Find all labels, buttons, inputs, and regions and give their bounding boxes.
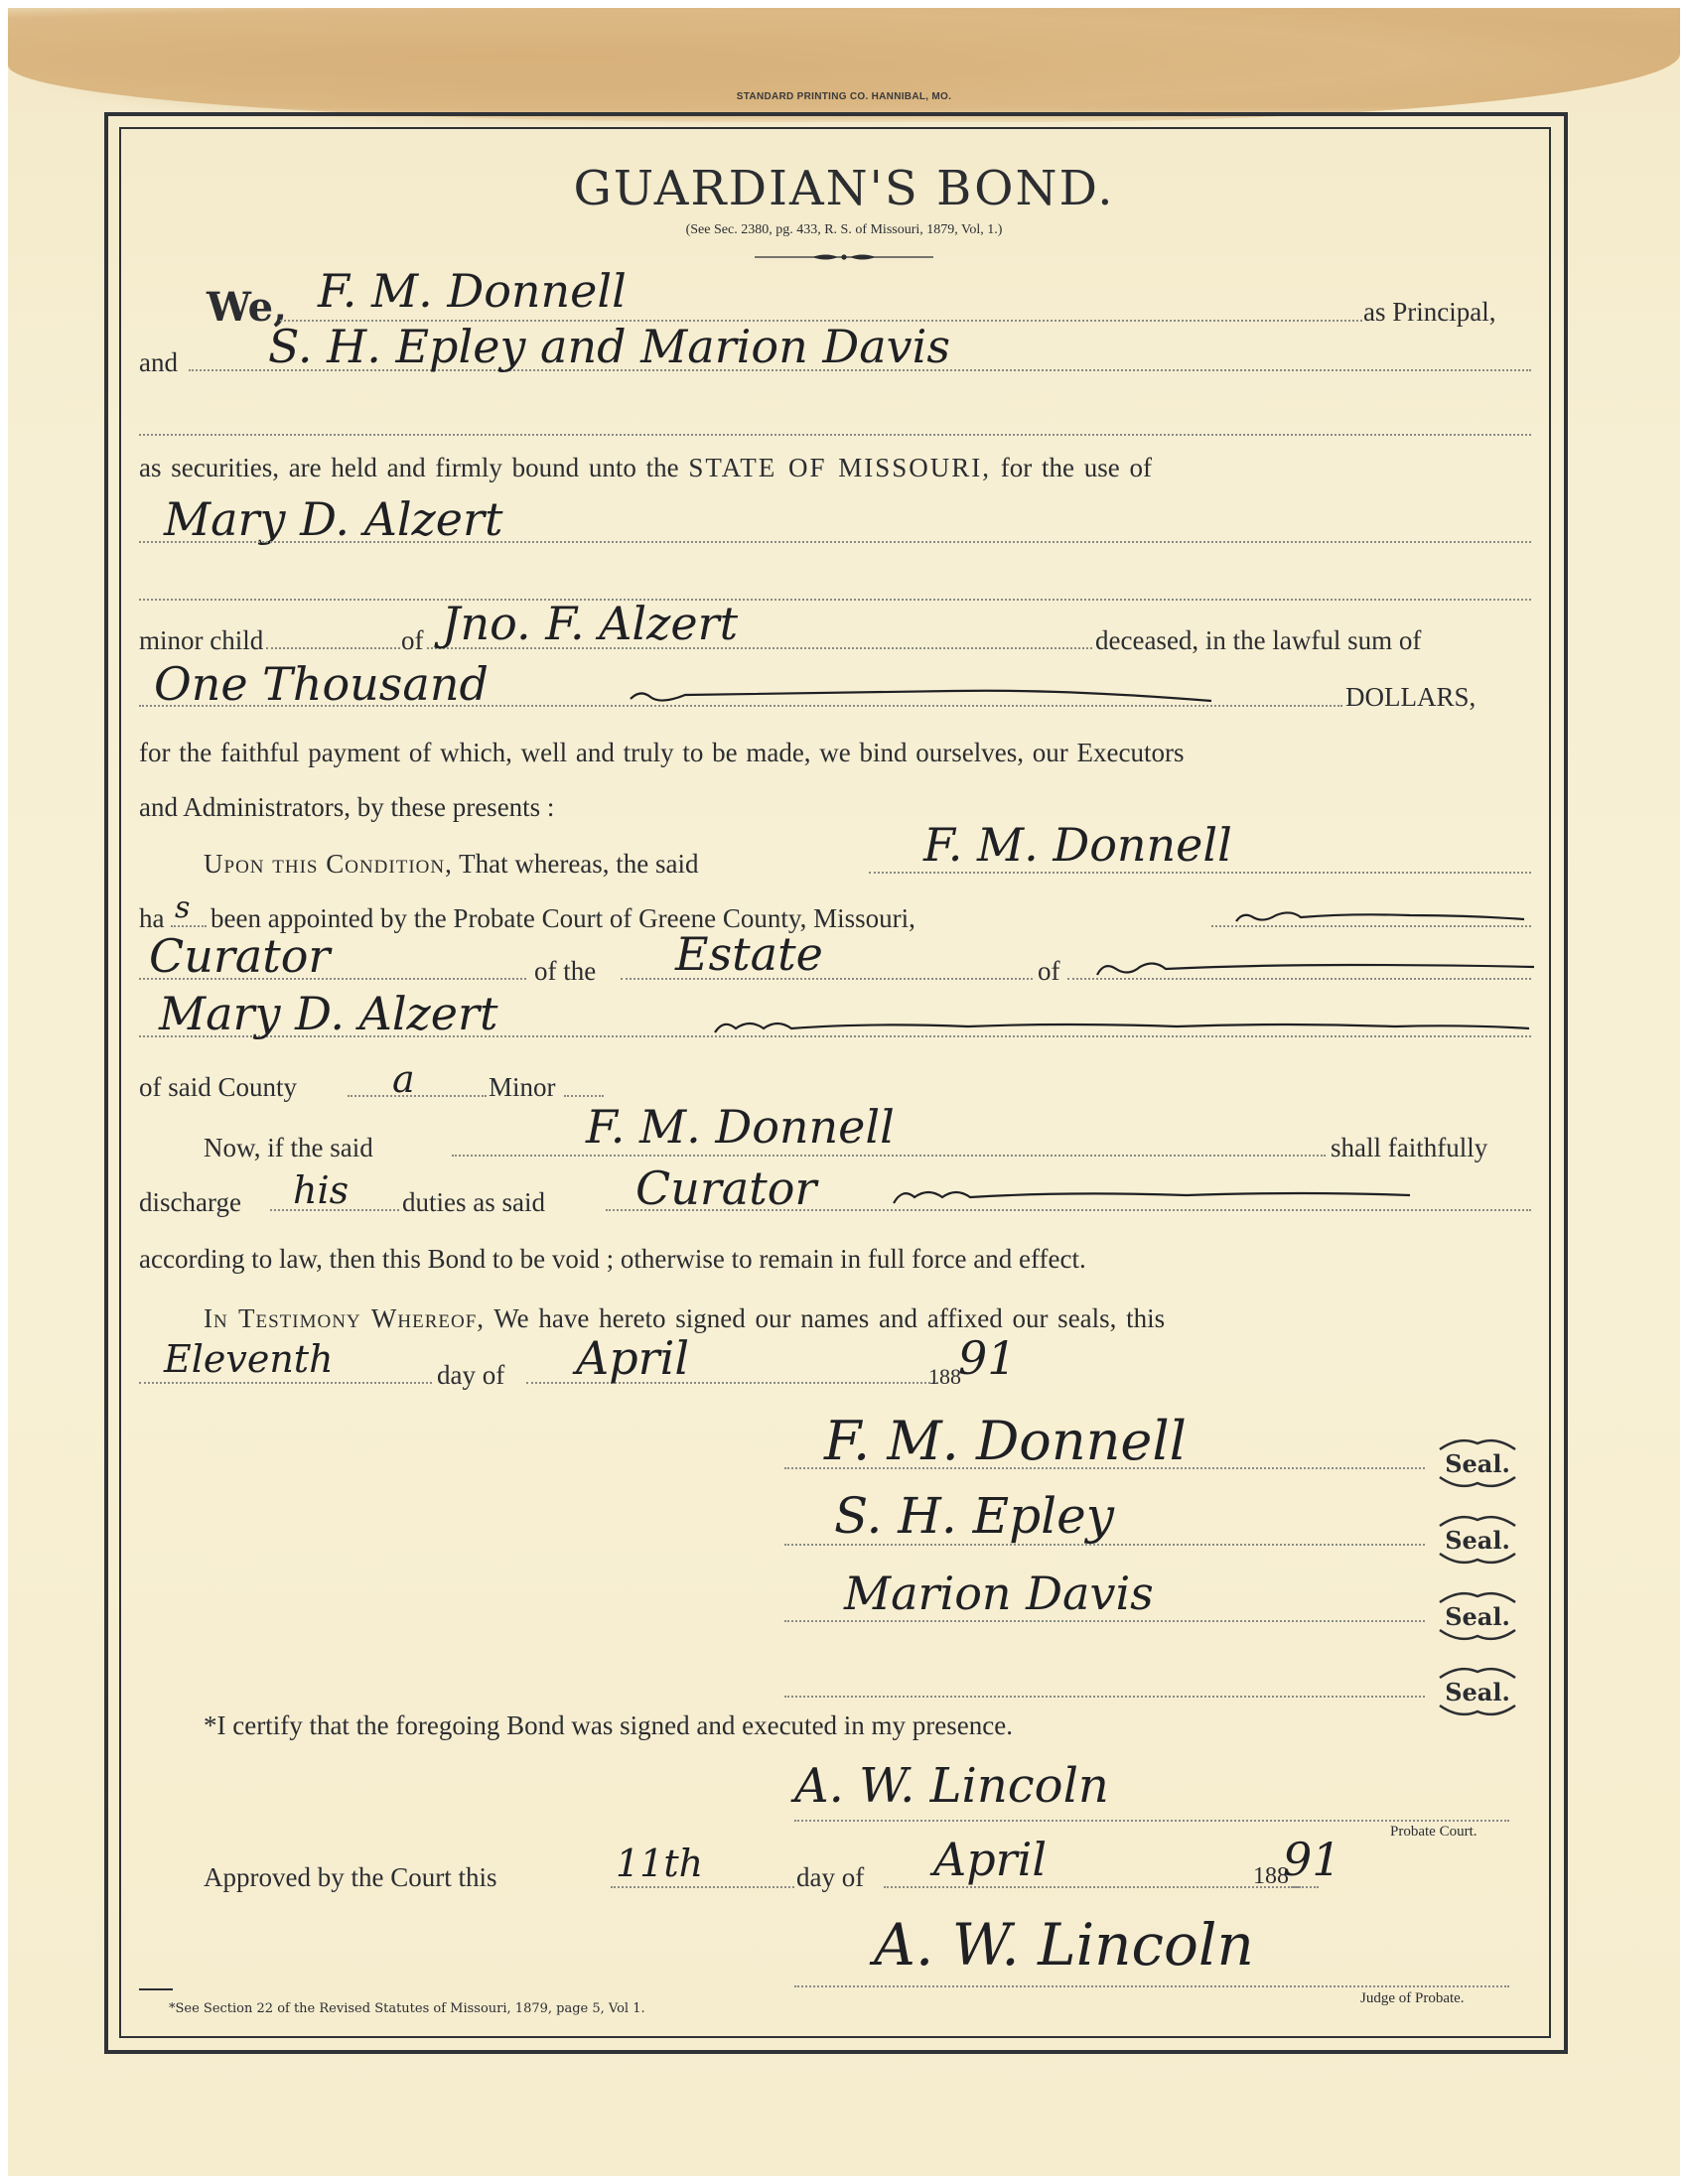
month-fill: April bbox=[576, 1335, 689, 1381]
pronoun-fill: his bbox=[293, 1171, 349, 1209]
article-fill-line bbox=[348, 1095, 487, 1097]
minor-child-fill-line bbox=[266, 647, 400, 649]
approval-month-line bbox=[884, 1886, 1301, 1888]
principal-name: F. M. Donnell bbox=[318, 268, 627, 314]
svg-text:Seal.: Seal. bbox=[1445, 1449, 1510, 1478]
fill-stroke bbox=[1092, 953, 1539, 981]
now-if-label: Now, if the said bbox=[204, 1135, 373, 1161]
condition-name: F. M. Donnell bbox=[923, 822, 1232, 868]
testimony-line: In Testimony Whereof, We have hereto sig… bbox=[204, 1305, 1165, 1332]
has-fill: s bbox=[175, 893, 190, 923]
judge-line bbox=[794, 1985, 1509, 1987]
duties-fill: Curator bbox=[635, 1165, 816, 1211]
testimony-text: We have hereto signed our names and affi… bbox=[493, 1303, 1165, 1333]
statute-reference: (See Sec. 2380, pg. 433, R. S. of Missou… bbox=[0, 222, 1688, 238]
seal-icon: Seal. bbox=[1430, 1508, 1525, 1571]
svg-text:Seal.: Seal. bbox=[1445, 1526, 1510, 1555]
svg-text:Seal.: Seal. bbox=[1445, 1678, 1510, 1706]
ward-name: Mary D. Alzert bbox=[159, 991, 497, 1036]
year-fill: 91 bbox=[958, 1335, 1017, 1381]
seal-icon: Seal. bbox=[1430, 1584, 1525, 1648]
of-said-county-label: of said County bbox=[139, 1074, 297, 1101]
payment-text: for the faithful payment of which, well … bbox=[139, 740, 1184, 766]
certification-text: *I certify that the foregoing Bond was s… bbox=[204, 1712, 1013, 1739]
minor-label: Minor bbox=[489, 1074, 556, 1101]
article-fill: a bbox=[392, 1060, 415, 1098]
administrators-text: and Administrators, by these presents : bbox=[139, 794, 554, 821]
approval-year-line bbox=[1291, 1886, 1319, 1888]
footnote-rule bbox=[139, 1988, 173, 1990]
now-if-name: F. M. Donnell bbox=[586, 1104, 895, 1150]
minor-fill-line bbox=[564, 1095, 604, 1097]
fill-stroke bbox=[889, 1181, 1415, 1211]
bound-text-1: as securities, are held and firmly bound… bbox=[139, 453, 679, 482]
approval-day-of-label: day of bbox=[796, 1864, 864, 1891]
discharge-label: discharge bbox=[139, 1189, 241, 1216]
beneficiary-fill-line-2 bbox=[139, 599, 1531, 601]
condition-text: That whereas, the said bbox=[459, 849, 698, 879]
securities-names: S. H. Epley and Marion Davis bbox=[268, 324, 950, 369]
beneficiary-fill-line bbox=[139, 541, 1531, 543]
bound-text-2: for the use of bbox=[1001, 453, 1152, 482]
judge-signature: A. W. Lincoln bbox=[874, 1916, 1254, 1974]
parent-name: Jno. F. Alzert bbox=[442, 601, 738, 646]
approval-day-fill: 11th bbox=[616, 1844, 703, 1882]
approval-month-fill: April bbox=[933, 1837, 1047, 1882]
approval-label: Approved by the Court this bbox=[204, 1864, 496, 1891]
fill-stroke bbox=[1231, 903, 1529, 929]
fill-stroke bbox=[710, 1013, 1534, 1042]
now-if-fill-line bbox=[452, 1155, 1326, 1157]
of-label: of bbox=[401, 627, 424, 654]
witness-signature: A. W. Lincoln bbox=[794, 1762, 1109, 1810]
footnote: *See Section 22 of the Revised Statutes … bbox=[169, 2001, 645, 2016]
inner-border bbox=[119, 127, 1551, 2038]
amount-words: One Thousand bbox=[154, 661, 489, 707]
shall-faithfully-label: shall faithfully bbox=[1331, 1135, 1487, 1161]
has-fill-line bbox=[171, 925, 207, 927]
year-prefix: 188 bbox=[928, 1366, 961, 1388]
signature-1: F. M. Donnell bbox=[824, 1415, 1187, 1468]
day-fill: Eleventh bbox=[164, 1340, 334, 1378]
printer-imprint: STANDARD PRINTING CO. HANNIBAL, MO. bbox=[0, 91, 1688, 102]
condition-line: Upon this Condition, That whereas, the s… bbox=[204, 851, 699, 878]
signature-line-4 bbox=[784, 1696, 1425, 1698]
estate-fill: Estate bbox=[675, 931, 823, 977]
probate-court-line bbox=[794, 1820, 1509, 1822]
signature-3: Marion Davis bbox=[844, 1570, 1154, 1616]
fill-stroke bbox=[626, 679, 1221, 709]
has-prefix: ha bbox=[139, 905, 164, 932]
svg-text:Seal.: Seal. bbox=[1445, 1602, 1510, 1631]
page-title: GUARDIAN'S BOND. bbox=[0, 161, 1688, 216]
day-of-label: day of bbox=[437, 1362, 504, 1389]
void-text: according to law, then this Bond to be v… bbox=[139, 1246, 1086, 1273]
dollars-label: DOLLARS, bbox=[1345, 684, 1476, 711]
seal-icon: Seal. bbox=[1430, 1432, 1525, 1495]
of-the-label: of the bbox=[534, 958, 596, 985]
minor-child-label: minor child bbox=[139, 627, 263, 654]
deceased-text: deceased, in the lawful sum of bbox=[1095, 627, 1421, 654]
securities-fill-line-2 bbox=[139, 434, 1531, 436]
condition-label: Upon this Condition, bbox=[204, 849, 453, 879]
state-text: STATE OF MISSOURI, bbox=[688, 453, 991, 482]
condition-fill-line bbox=[869, 872, 1531, 874]
as-principal-label: as Principal, bbox=[1363, 299, 1495, 326]
duties-label: duties as said bbox=[402, 1189, 545, 1216]
signature-2: S. H. Epley bbox=[834, 1491, 1114, 1541]
testimony-label: In Testimony Whereof, bbox=[204, 1303, 485, 1333]
bound-text: as securities, are held and firmly bound… bbox=[139, 455, 1152, 481]
beneficiary-name: Mary D. Alzert bbox=[164, 496, 502, 542]
flourish-divider-icon bbox=[755, 250, 933, 264]
approval-year-fill: 91 bbox=[1283, 1837, 1341, 1882]
seal-icon: Seal. bbox=[1430, 1660, 1525, 1723]
office-fill: Curator bbox=[149, 933, 330, 979]
and-label: and bbox=[139, 349, 178, 376]
signature-line-3 bbox=[784, 1620, 1425, 1622]
probate-court-label: Probate Court. bbox=[1390, 1825, 1477, 1840]
day-fill-line bbox=[139, 1382, 432, 1384]
approval-day-line bbox=[611, 1886, 794, 1888]
of-label-2: of bbox=[1038, 958, 1060, 985]
judge-label: Judge of Probate. bbox=[1360, 1991, 1465, 2006]
